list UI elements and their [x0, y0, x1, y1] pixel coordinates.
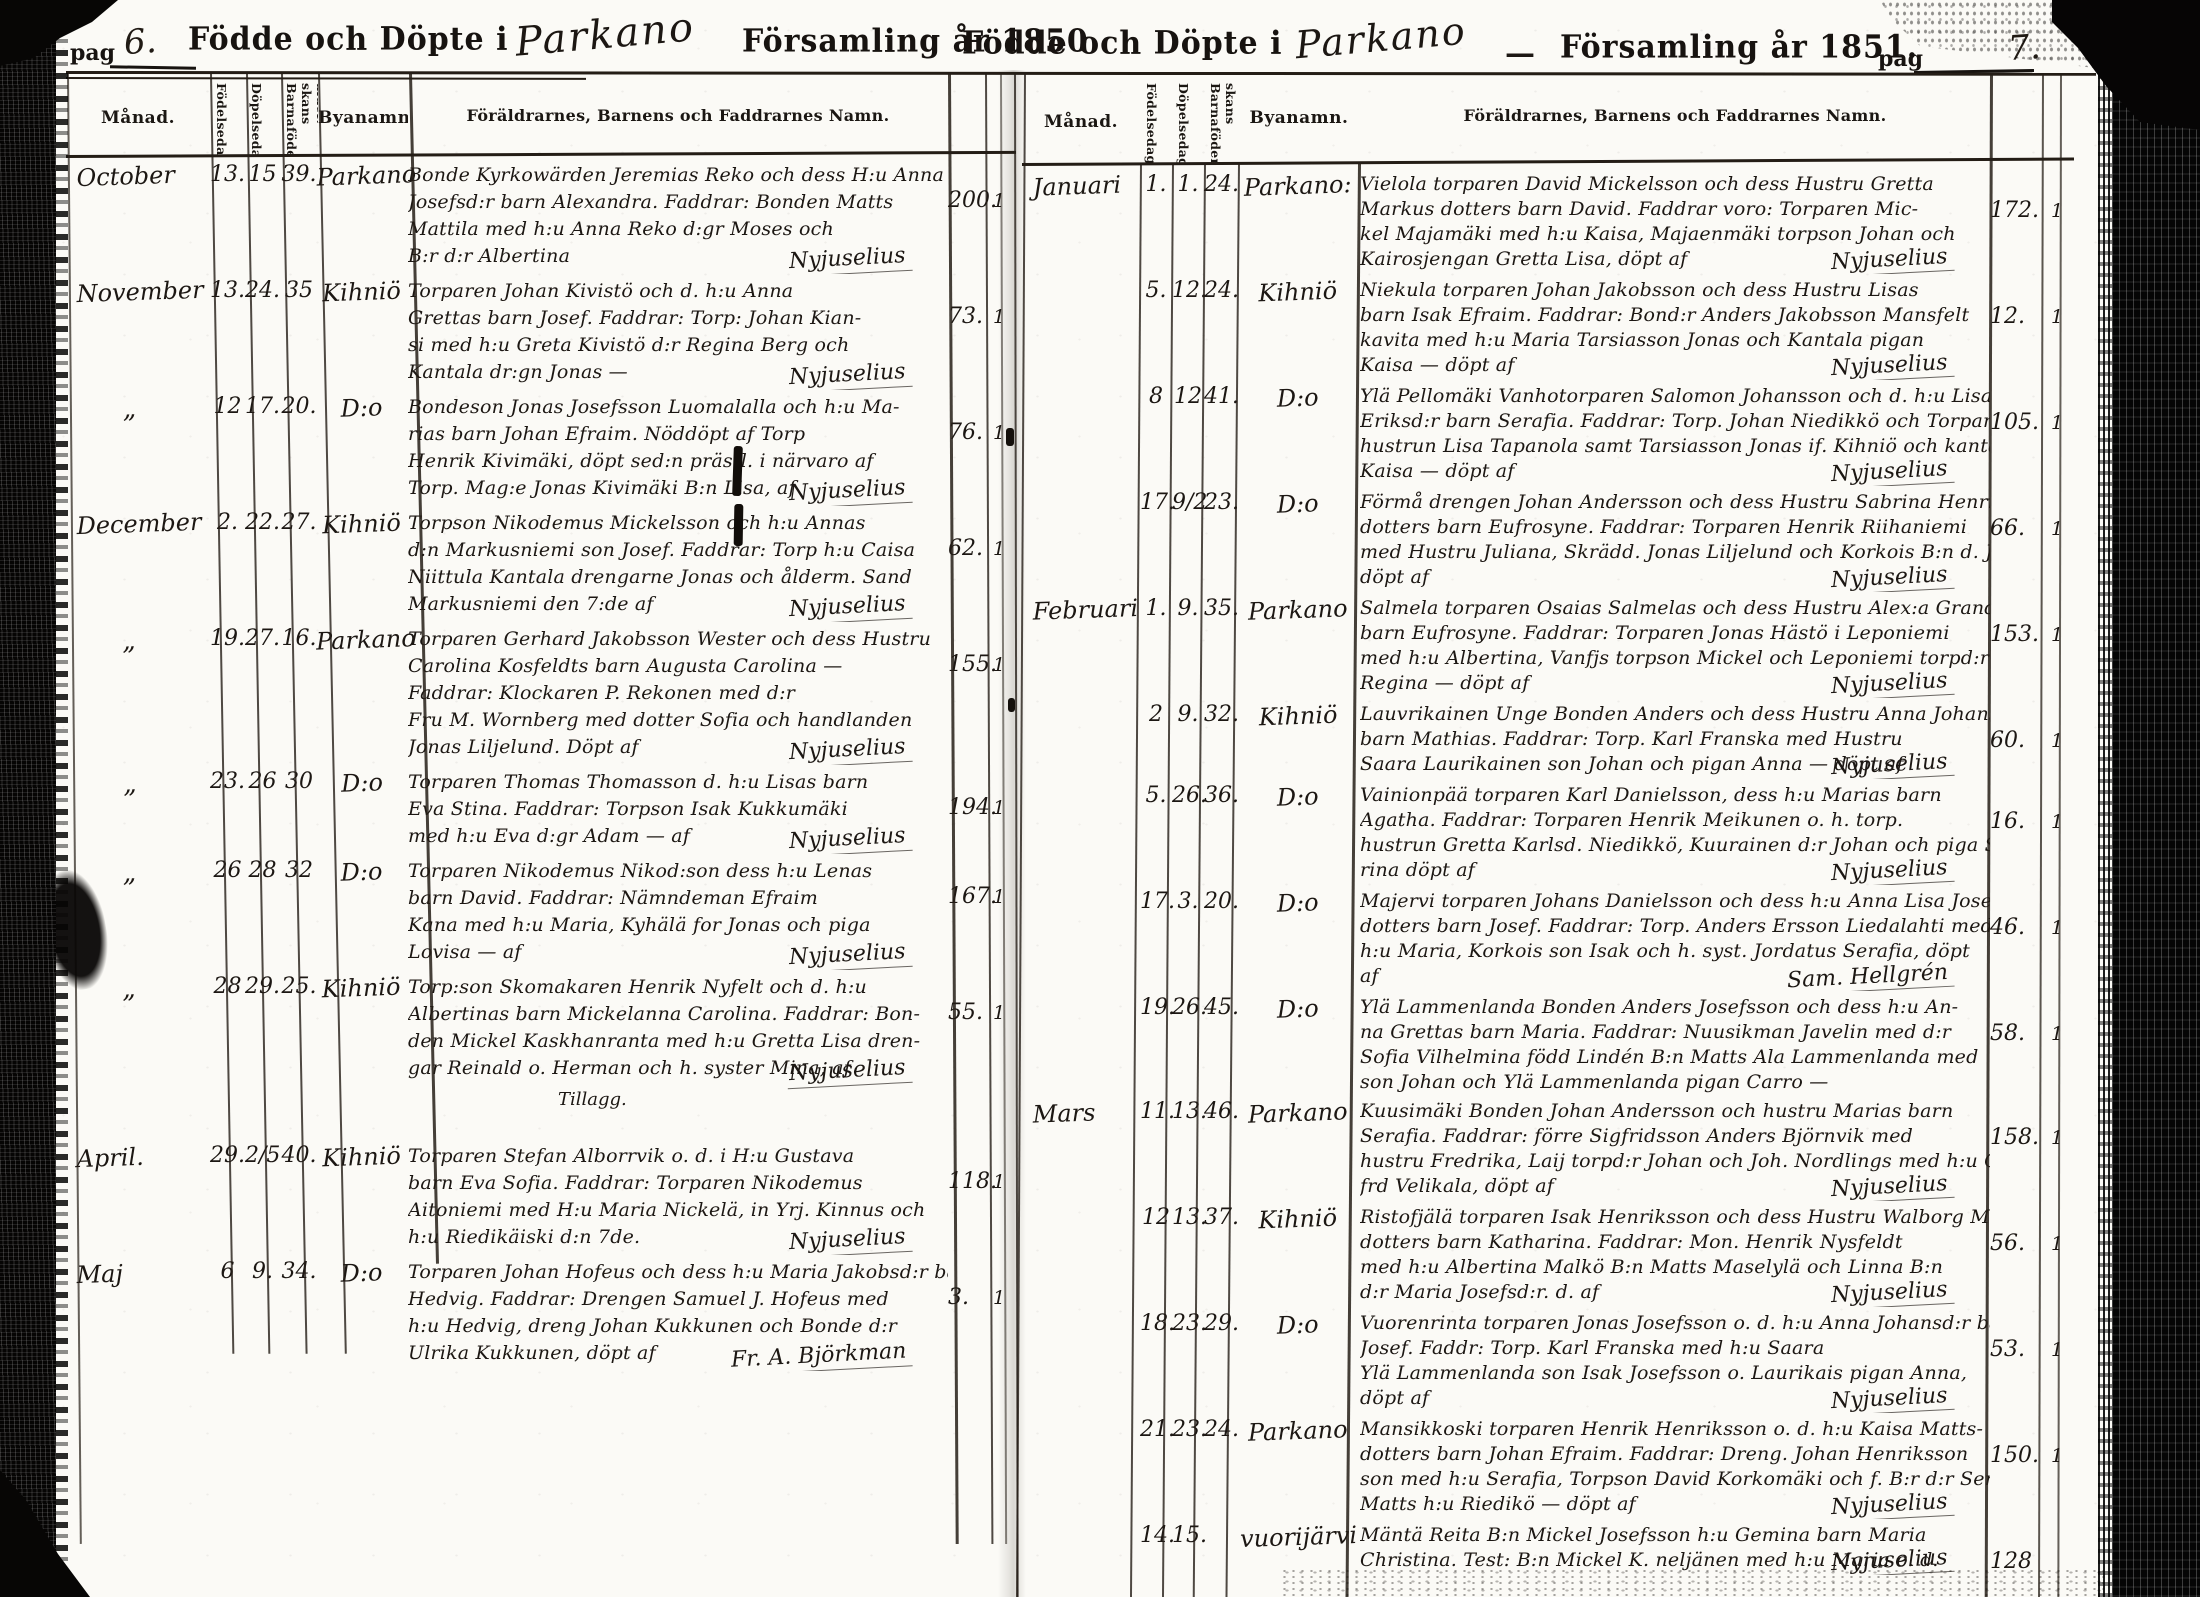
record-number-cell: 16.	[1990, 783, 2042, 885]
names-line: Niekula torparen Johan Jakobsson och des…	[1360, 278, 1990, 303]
names-cell: Torparen Nikodemus Nikod:son dess h:u Le…	[408, 858, 948, 970]
mother-age-cell: 24.	[1204, 278, 1238, 380]
col-header-baptism-day: Döpelsedag	[1172, 80, 1204, 164]
names-cell: Vielola torparen David Mickelsson och de…	[1360, 172, 1990, 274]
village-cell: Kihniö	[316, 972, 411, 1114]
month-cell	[1020, 1203, 1141, 1309]
names-cell: Vuorenrinta torparen Jonas Josefsson o. …	[1360, 1311, 1990, 1413]
names-cell: Niekula torparen Johan Jakobsson och des…	[1360, 278, 1990, 380]
names-line: Torparen Johan Hofeus och dess h:u Maria…	[408, 1259, 948, 1286]
baptism-day-cell: 12.	[1172, 278, 1204, 380]
village-cell: Kihniö	[316, 276, 410, 391]
names-line: Faddrar: Klockaren P. Rekonen med d:r	[408, 680, 948, 707]
names-line: h:u Hedvig, dreng Johan Kukkunen och Bon…	[408, 1313, 948, 1340]
count-cell: 1	[2042, 596, 2072, 698]
names-line: si med h:u Greta Kivistö d:r Regina Berg…	[408, 332, 948, 359]
names-line: Torparen Stefan Alborrvik o. d. i H:u Gu…	[408, 1143, 948, 1170]
month-cell	[1020, 488, 1141, 594]
priest-signature: Nyjuselius	[787, 822, 913, 854]
names-cell: Torpson Nikodemus Mickelsson och h:u Ann…	[408, 510, 948, 622]
priest-signature: Nyjuselius	[787, 938, 913, 970]
names-line: Kuusimäki Bonden Johan Andersson och hus…	[1360, 1099, 1990, 1124]
village-cell: Parkano:	[1236, 170, 1361, 276]
col-header-month: Månad.	[66, 80, 210, 156]
birth-day-cell: 26	[210, 858, 245, 970]
village-cell: Parkano	[1236, 594, 1361, 700]
mother-age-cell: 30	[280, 769, 318, 854]
names-line: Vuorenrinta torparen Jonas Josefsson o. …	[1360, 1311, 1990, 1336]
village-cell: Parkano	[1236, 1415, 1361, 1521]
baptism-day-cell: 2/5	[245, 1143, 280, 1255]
count-cell: 1	[2042, 172, 2072, 274]
names-line: med h:u Albertina Malkö B:n Matts Masely…	[1360, 1255, 1990, 1280]
birth-day-cell: 6	[210, 1259, 245, 1371]
right-column-headers: Månad. Födelsedag. Döpelsedag Barnaföder…	[1022, 80, 2072, 164]
names-line: Salmela torparen Osaias Salmelas och des…	[1360, 596, 1990, 621]
count-cell: 1	[2042, 783, 2072, 885]
birth-day-cell: 19.	[210, 626, 245, 765]
names-line: barn David. Faddrar: Nämndeman Efraim	[408, 885, 948, 912]
right-page-parish-handwritten: Parkano	[1293, 9, 1468, 68]
names-cell: Bonde Kyrkowärden Jeremias Reko och dess…	[408, 162, 948, 274]
names-line: Albertinas barn Mickelanna Carolina. Fad…	[408, 1001, 948, 1028]
record-number-cell: 105.	[1990, 384, 2042, 486]
birth-day-cell: 14.	[1140, 1523, 1172, 1575]
month-cell	[1020, 993, 1141, 1097]
names-cell: Majervi torparen Johans Danielsson och d…	[1360, 889, 1990, 991]
baptism-day-cell: 23.	[1172, 1417, 1204, 1519]
birth-day-cell: 1.	[1140, 172, 1172, 274]
names-line: Josef. Faddr: Torp. Karl Franska med h:u…	[1360, 1336, 1990, 1361]
birth-day-cell: 29.	[210, 1143, 245, 1255]
record-number-cell: 53.	[1990, 1311, 2042, 1413]
village-cell: D:o	[1236, 382, 1361, 488]
month-cell: October	[64, 160, 212, 277]
record-number-cell: 62.	[948, 510, 984, 622]
left-page-entries: October13.1539.ParkanoBonde Kyrkowärden …	[66, 162, 1014, 1375]
baptism-day-cell: 17.	[245, 394, 280, 506]
month-cell	[1021, 1521, 1141, 1577]
baptism-day-cell: 26	[245, 769, 280, 854]
priest-signature: Nyjuselius	[1829, 1277, 1955, 1307]
entry-note: Tillagg.	[408, 1086, 948, 1113]
baptism-day-cell: 9/2	[1172, 490, 1204, 592]
priest-signature: Nyjuselius	[1829, 749, 1955, 779]
names-cell: Ristofjälä torparen Isak Henriksson och …	[1360, 1205, 1990, 1307]
count-cell: 1	[2042, 702, 2072, 779]
record-number-cell: 46.	[1990, 889, 2042, 991]
ink-smudge	[732, 446, 743, 496]
names-line: Bonde Kyrkowärden Jeremias Reko och dess…	[408, 162, 948, 189]
names-line: Torp:son Skomakaren Henrik Nyfelt och d.…	[408, 974, 948, 1001]
names-cell: Torparen Johan Kivistö och d. h:u AnnaGr…	[408, 278, 948, 390]
record-number-cell: 58.	[1990, 995, 2042, 1095]
col-header-village: Byanamn.	[1238, 80, 1360, 164]
month-cell	[1020, 781, 1141, 887]
left-entry-9: April.29.2/540.KihniöTorparen Stefan Alb…	[66, 1143, 1014, 1255]
names-line: Ristofjälä torparen Isak Henriksson och …	[1360, 1205, 1990, 1230]
book-edge-right	[2112, 0, 2200, 1597]
names-line: Ylä Lammenlanda son Isak Josefsson o. La…	[1360, 1361, 1990, 1386]
birth-day-cell: 5.	[1140, 278, 1172, 380]
village-cell: D:o	[316, 856, 410, 971]
baptism-day-cell: 27.	[245, 626, 280, 765]
left-entry-7: „262832D:oTorparen Nikodemus Nikod:son d…	[66, 858, 1014, 970]
names-cell: Mansikkoski torparen Henrik Henriksson o…	[1360, 1417, 1990, 1519]
names-line: Sofia Vilhelmina född Lindén B:n Matts A…	[1360, 1045, 1990, 1070]
month-cell: „	[64, 624, 213, 768]
names-line: Torparen Gerhard Jakobsson Wester och de…	[408, 626, 948, 653]
month-cell	[1021, 700, 1142, 781]
record-number-cell: 158.	[1990, 1099, 2042, 1201]
names-line: Förmå drengen Johan Andersson och dess H…	[1360, 490, 1990, 515]
col-header-record-number	[948, 80, 984, 156]
signature-row: Nyjuselius	[1360, 565, 1990, 592]
book-edge-left	[0, 0, 56, 1597]
ink-smudge	[734, 504, 744, 546]
count-cell: 1	[2042, 278, 2072, 380]
names-line: Niittula Kantala drengarne Jonas och åld…	[408, 564, 948, 591]
col-header-month: Månad.	[1022, 80, 1140, 164]
names-line: Torparen Johan Kivistö och d. h:u Anna	[408, 278, 948, 305]
mother-age-cell: 23.	[1204, 490, 1238, 592]
names-line: dotters barn Eufrosyne. Faddrar: Torpare…	[1360, 515, 1990, 540]
mother-age-cell	[1204, 1523, 1238, 1575]
baptism-day-cell: 12	[1172, 384, 1204, 486]
names-line: Mäntä Reita B:n Mickel Josefsson h:u Gem…	[1360, 1523, 1990, 1548]
month-cell	[1020, 1415, 1141, 1521]
left-page-title: Födde och Döpte i	[188, 21, 508, 58]
names-line: hustrun Lisa Tapanola samt Tarsiasson Jo…	[1360, 434, 1990, 459]
village-cell: Kihniö	[316, 1141, 410, 1256]
village-cell: Parkano	[316, 160, 410, 275]
village-cell: D:o	[1236, 488, 1361, 594]
record-number-cell: 56.	[1990, 1205, 2042, 1307]
left-entry-1: October13.1539.ParkanoBonde Kyrkowärden …	[66, 162, 1014, 274]
month-cell: Mars	[1020, 1097, 1141, 1203]
names-line: Grettas barn Josef. Faddrar: Torp: Johan…	[408, 305, 948, 332]
village-cell: D:o	[1236, 1309, 1361, 1415]
names-line: hustru Fredrika, Laij torpd:r Johan och …	[1360, 1149, 1990, 1174]
right-entry-8: 17.3.20.D:oMajervi torparen Johans Danie…	[1022, 889, 2072, 991]
village-cell: Parkano	[1236, 1097, 1361, 1203]
priest-signature: Nyjuselius	[1829, 1489, 1955, 1519]
names-line: Serafia. Faddrar: förre Sigfridsson Ande…	[1360, 1124, 1990, 1149]
record-number-cell: 60.	[1990, 702, 2042, 779]
right-entry-1: Januari1.1.24.Parkano:Vielola torparen D…	[1022, 172, 2072, 274]
col-header-birth-day: Födelsedag.	[1140, 80, 1172, 164]
names-line: Vainionpää torparen Karl Danielsson, des…	[1360, 783, 1990, 808]
village-cell: D:o	[317, 767, 410, 855]
priest-signature: Nyjuselius	[1829, 1383, 1955, 1413]
left-entry-8: „2829.25.KihniöTorp:son Skomakaren Henri…	[66, 974, 1014, 1113]
right-page-title-year: Församling år 1851.	[1560, 29, 1918, 66]
month-cell	[1020, 1309, 1141, 1415]
month-cell: December	[64, 508, 212, 625]
names-line: hustrun Gretta Karlsd. Niedikkö, Kuurain…	[1360, 833, 1990, 858]
names-cell: Ylä Lammenlanda Bonden Anders Josefsson …	[1360, 995, 1990, 1095]
names-cell: Torparen Johan Hofeus och dess h:u Maria…	[408, 1259, 948, 1371]
names-cell: Salmela torparen Osaias Salmelas och des…	[1360, 596, 1990, 698]
priest-signature: Nyjuselius	[787, 242, 913, 274]
count-cell: 1	[2042, 889, 2072, 991]
names-line: Eriksd:r barn Serafia. Faddrar: Torp. Jo…	[1360, 409, 1990, 434]
names-line: kavita med h:u Maria Tarsiasson Jonas oc…	[1360, 328, 1990, 353]
right-page-label: pag	[1878, 46, 1923, 72]
names-line: Bondeson Jonas Josefsson Luomalalla och …	[408, 394, 948, 421]
priest-signature: Nyjuselius	[787, 474, 913, 506]
left-entry-5: „19.27.16.ParkanoTorparen Gerhard Jakobs…	[66, 626, 1014, 765]
col-header-mother-age: Barnaföder- skans ålder.	[1204, 80, 1238, 164]
priest-signature: Nyjuselius	[1829, 855, 1955, 885]
village-cell: Kihniö	[1236, 276, 1361, 382]
record-number-cell: 76.	[948, 394, 984, 506]
names-cell: Torp:son Skomakaren Henrik Nyfelt och d.…	[408, 974, 948, 1113]
month-cell: „	[64, 392, 212, 509]
priest-signature: Nyjuselius	[1829, 1171, 1955, 1201]
birth-day-cell: 12	[1140, 1205, 1172, 1307]
names-line: Josefsd:r barn Alexandra. Faddrar: Bonde…	[408, 189, 948, 216]
names-line: Eva Stina. Faddrar: Torpson Isak Kukkumä…	[408, 796, 948, 823]
birth-day-cell: 18.	[1140, 1311, 1172, 1413]
month-cell	[1020, 276, 1141, 382]
right-entry-11: 1213.37.KihniöRistofjälä torparen Isak H…	[1022, 1205, 2072, 1307]
record-number-cell: 153.	[1990, 596, 2042, 698]
names-cell: Torparen Thomas Thomasson d. h:u Lisas b…	[408, 769, 948, 854]
month-cell: „	[65, 767, 212, 857]
left-entry-2: November13.24.35KihniöTorparen Johan Kiv…	[66, 278, 1014, 390]
priest-signature: Nyjuselius	[1829, 668, 1955, 698]
mother-age-cell: 40.	[280, 1143, 318, 1255]
baptism-day-cell: 15.	[1172, 1523, 1204, 1575]
header-dash: —	[1505, 36, 1535, 71]
left-entry-10: Maj69.34.D:oTorparen Johan Hofeus och de…	[66, 1259, 1014, 1371]
village-cell: D:o	[1236, 887, 1361, 993]
col-header-record-number	[1990, 80, 2042, 164]
names-line: barn Isak Efraim. Faddrar: Bond:r Anders…	[1360, 303, 1990, 328]
names-line: rias barn Johan Efraim. Nöddöpt af Torp	[408, 421, 948, 448]
names-line: barn Mathias. Faddrar: Torp. Karl Fransk…	[1360, 727, 1990, 752]
names-line: dotters barn Josef. Faddrar: Torp. Ander…	[1360, 914, 1990, 939]
left-entry-4: December2.22.27.KihniöTorpson Nikodemus …	[66, 510, 1014, 622]
village-cell: D:o	[1236, 781, 1361, 887]
left-page-parish-handwritten: Parkano	[513, 4, 696, 66]
record-number-cell: 150.	[1990, 1417, 2042, 1519]
mother-age-cell: 45.	[1204, 995, 1238, 1095]
record-number-cell: 172.	[1990, 172, 2042, 274]
names-line: son med h:u Serafia, Torpson David Korko…	[1360, 1467, 1990, 1492]
count-cell: 1	[2042, 995, 2072, 1095]
mother-age-cell: 34.	[280, 1259, 318, 1371]
names-cell: Torparen Gerhard Jakobsson Wester och de…	[408, 626, 948, 765]
col-header-mother-age: Barnaföder- skans ålder.	[280, 80, 318, 156]
village-cell: D:o	[1236, 993, 1361, 1097]
edge-fray-right	[2098, 0, 2112, 1597]
right-entry-3: 81241.D:oYlä Pellomäki Vanhotorparen Sal…	[1022, 384, 2072, 486]
birth-day-cell: 1.	[1140, 596, 1172, 698]
names-line: Kana med h:u Maria, Kyhälä for Jonas och…	[408, 912, 948, 939]
names-line: son Johan och Ylä Lammenlanda pigan Carr…	[1360, 1070, 1990, 1095]
names-line: Majervi torparen Johans Danielsson och d…	[1360, 889, 1990, 914]
village-cell: D:o	[316, 392, 410, 507]
birth-day-cell: 13.	[210, 162, 245, 274]
right-entry-12: 18.23.29.D:oVuorenrinta torparen Jonas J…	[1022, 1311, 2072, 1413]
left-entry-3: „1217.20.D:oBondeson Jonas Josefsson Luo…	[66, 394, 1014, 506]
right-entry-2: 5.12.24.KihniöNiekula torparen Johan Jak…	[1022, 278, 2072, 380]
priest-signature: Nyjuselius	[1829, 456, 1955, 486]
left-entry-6: „23.2630D:oTorparen Thomas Thomasson d. …	[66, 769, 1014, 854]
birth-day-cell: 21.	[1140, 1417, 1172, 1519]
names-line: Mattila med h:u Anna Reko d:gr Moses och	[408, 216, 948, 243]
mother-age-cell: 41.	[1204, 384, 1238, 486]
names-line: med h:u Albertina, Vanfjs torpson Mickel…	[1360, 646, 1990, 671]
names-line: barn Eva Sofia. Faddrar: Torparen Nikode…	[408, 1170, 948, 1197]
col-header-village: Byanamn.	[318, 80, 408, 156]
names-line: Markus dotters barn David. Faddrar voro:…	[1360, 197, 1990, 222]
names-line: Torpson Nikodemus Mickelsson och h:u Ann…	[408, 510, 948, 537]
names-line: Henrik Kivimäki, döpt sed:n prästl. i nä…	[408, 448, 948, 475]
names-line: Torparen Nikodemus Nikod:son dess h:u Le…	[408, 858, 948, 885]
names-line: dotters barn Johan Efraim. Faddrar: Dren…	[1360, 1442, 1990, 1467]
birth-day-cell: 23.	[210, 769, 245, 854]
left-page-number: 6.	[123, 21, 158, 63]
col-header-baptism-day: Döpelsedag	[245, 80, 280, 156]
right-entry-6: 29.32.KihniöLauvrikainen Unge Bonden And…	[1022, 702, 2072, 779]
signature-row: Sam. Hellgrén	[1360, 964, 1990, 991]
names-cell: Torparen Stefan Alborrvik o. d. i H:u Gu…	[408, 1143, 948, 1255]
right-entry-4: 17.9/223.D:oFörmå drengen Johan Andersso…	[1022, 490, 2072, 592]
names-line: kel Majamäki med h:u Kaisa, Majaenmäki t…	[1360, 222, 1990, 247]
mother-age-cell: 16.	[280, 626, 318, 765]
col-header-birth-day: Födelsedag.	[210, 80, 245, 156]
record-number-cell: 200.	[948, 162, 984, 274]
mother-age-cell: 24.	[1204, 172, 1238, 274]
col-header-names: Föräldrarnes, Barnens och Faddrarnes Nam…	[1360, 80, 1990, 164]
month-cell: April.	[64, 1141, 212, 1258]
right-entry-7: 5.26.36.D:oVainionpää torparen Karl Dani…	[1022, 783, 2072, 885]
dust-band-bottom	[1280, 1568, 2110, 1597]
col-header-names: Föräldrarnes, Barnens och Faddrarnes Nam…	[408, 80, 948, 156]
baptism-day-cell: 13.	[1172, 1205, 1204, 1307]
month-cell: Maj	[64, 1257, 212, 1374]
signature-row: Nyjuselius	[1360, 1386, 1990, 1413]
baptism-day-cell: 23.	[1172, 1311, 1204, 1413]
mother-age-cell: 27.	[280, 510, 318, 622]
baptism-day-cell: 9.	[245, 1259, 280, 1371]
priest-signature: Nyjuselius	[1829, 350, 1955, 380]
baptism-day-cell: 22.	[245, 510, 280, 622]
names-line: h:u Maria, Korkois son Isak och h. syst.…	[1360, 939, 1990, 964]
left-page-label: pag	[70, 40, 115, 66]
birth-day-cell: 8	[1140, 384, 1172, 486]
names-line: Agatha. Faddrar: Torparen Henrik Meikune…	[1360, 808, 1990, 833]
names-cell: Vainionpää torparen Karl Danielsson, des…	[1360, 783, 1990, 885]
left-page-number-underline	[110, 65, 196, 69]
right-page-entries: Januari1.1.24.Parkano:Vielola torparen D…	[1022, 172, 2072, 1579]
month-cell: November	[64, 276, 212, 393]
names-line: Fru M. Wornberg med dotter Sofia och han…	[408, 707, 948, 734]
priest-signature: Nyjuselius	[787, 358, 913, 390]
names-cell: Lauvrikainen Unge Bonden Anders och dess…	[1360, 702, 1990, 779]
right-page-title: Födde och Döpte i	[962, 25, 1282, 62]
record-number-cell: 12.	[1990, 278, 2042, 380]
priest-signature: Sam. Hellgrén	[1784, 960, 1954, 991]
month-cell: Februari	[1020, 594, 1141, 700]
count-cell: 1	[2042, 490, 2072, 592]
count-cell: 1	[2042, 1099, 2072, 1201]
right-entry-10: Mars11.13.46.ParkanoKuusimäki Bonden Joh…	[1022, 1099, 2072, 1201]
names-line: Ylä Pellomäki Vanhotorparen Salomon Joha…	[1360, 384, 1990, 409]
priest-signature: Nyjuselius	[1829, 562, 1955, 592]
names-line: den Mickel Kaskhanranta med h:u Gretta L…	[408, 1028, 948, 1055]
names-line: Lauvrikainen Unge Bonden Anders och dess…	[1360, 702, 1990, 727]
mother-age-cell: 29.	[1204, 1311, 1238, 1413]
names-cell: Förmå drengen Johan Andersson och dess H…	[1360, 490, 1990, 592]
priest-signature: Nyjuselius	[787, 1054, 913, 1089]
count-cell: 1	[2042, 384, 2072, 486]
names-line: Aitoniemi med H:u Maria Nickelä, in Yrj.…	[408, 1197, 948, 1224]
names-line: Torparen Thomas Thomasson d. h:u Lisas b…	[408, 769, 948, 796]
right-entry-9: 19.26.45.D:oYlä Lammenlanda Bonden Ander…	[1022, 995, 2072, 1095]
names-cell: Kuusimäki Bonden Johan Andersson och hus…	[1360, 1099, 1990, 1201]
baptism-day-cell: 1.	[1172, 172, 1204, 274]
baptism-day-cell: 13.	[1172, 1099, 1204, 1201]
birth-day-cell: 2.	[210, 510, 245, 622]
names-line: Vielola torparen David Mickelsson och de…	[1360, 172, 1990, 197]
month-cell: „	[64, 972, 213, 1116]
scanned-parish-register: pag 6. Födde och Döpte i Parkano Församl…	[0, 0, 2200, 1597]
month-cell	[1020, 382, 1141, 488]
record-number-cell: 66.	[1990, 490, 2042, 592]
right-entry-5: Februari1.9.35.ParkanoSalmela torparen O…	[1022, 596, 2072, 698]
edge-fray-left	[56, 0, 68, 1597]
month-cell	[1020, 887, 1141, 993]
month-cell: Januari	[1020, 170, 1141, 276]
names-line: Mansikkoski torparen Henrik Henriksson o…	[1360, 1417, 1990, 1442]
names-line: Ylä Lammenlanda Bonden Anders Josefsson …	[1360, 995, 1990, 1020]
mother-age-cell: 24.	[1204, 1417, 1238, 1519]
names-line: med Hustru Juliana, Skrädd. Jonas Liljel…	[1360, 540, 1990, 565]
names-cell: Ylä Pellomäki Vanhotorparen Salomon Joha…	[1360, 384, 1990, 486]
col-header-count	[2042, 80, 2072, 164]
village-cell: Kihniö	[1236, 1203, 1361, 1309]
header-rule	[66, 71, 2096, 76]
priest-signature: Nyjuselius	[787, 1223, 913, 1255]
names-cell: Bondeson Jonas Josefsson Luomalalla och …	[408, 394, 948, 506]
mother-age-cell: 46.	[1204, 1099, 1238, 1201]
priest-signature: Nyjuselius	[787, 590, 913, 622]
left-column-headers: Månad. Födelsedag. Döpelsedag Barnaföder…	[66, 80, 1014, 156]
priest-signature: Nyjuselius	[787, 733, 913, 765]
names-line: barn Eufrosyne. Faddrar: Torparen Jonas …	[1360, 621, 1990, 646]
mother-age-cell: 37.	[1204, 1205, 1238, 1307]
mother-age-cell: 20.	[280, 394, 318, 506]
village-cell: D:o	[316, 1257, 410, 1372]
birth-day-cell: 17.	[1140, 490, 1172, 592]
right-entry-13: 21.23.24.ParkanoMansikkoski torparen Hen…	[1022, 1417, 2072, 1519]
priest-signature: Nyjuselius	[1829, 244, 1955, 274]
village-cell: Kihniö	[1237, 700, 1362, 781]
names-line: dotters barn Katharina. Faddrar: Mon. He…	[1360, 1230, 1990, 1255]
binding-gutter-shadow	[998, 70, 1026, 1597]
names-line: d:n Markusniemi son Josef. Faddrar: Torp…	[408, 537, 948, 564]
priest-signature: Fr. A. Björkman	[728, 1337, 913, 1371]
names-line: Hedvig. Faddrar: Drengen Samuel J. Hofeu…	[408, 1286, 948, 1313]
record-number-cell: 73.	[948, 278, 984, 390]
names-line: na Grettas barn Maria. Faddrar: Nuusikma…	[1360, 1020, 1990, 1045]
names-line: Carolina Kosfeldts barn Augusta Carolina…	[408, 653, 948, 680]
